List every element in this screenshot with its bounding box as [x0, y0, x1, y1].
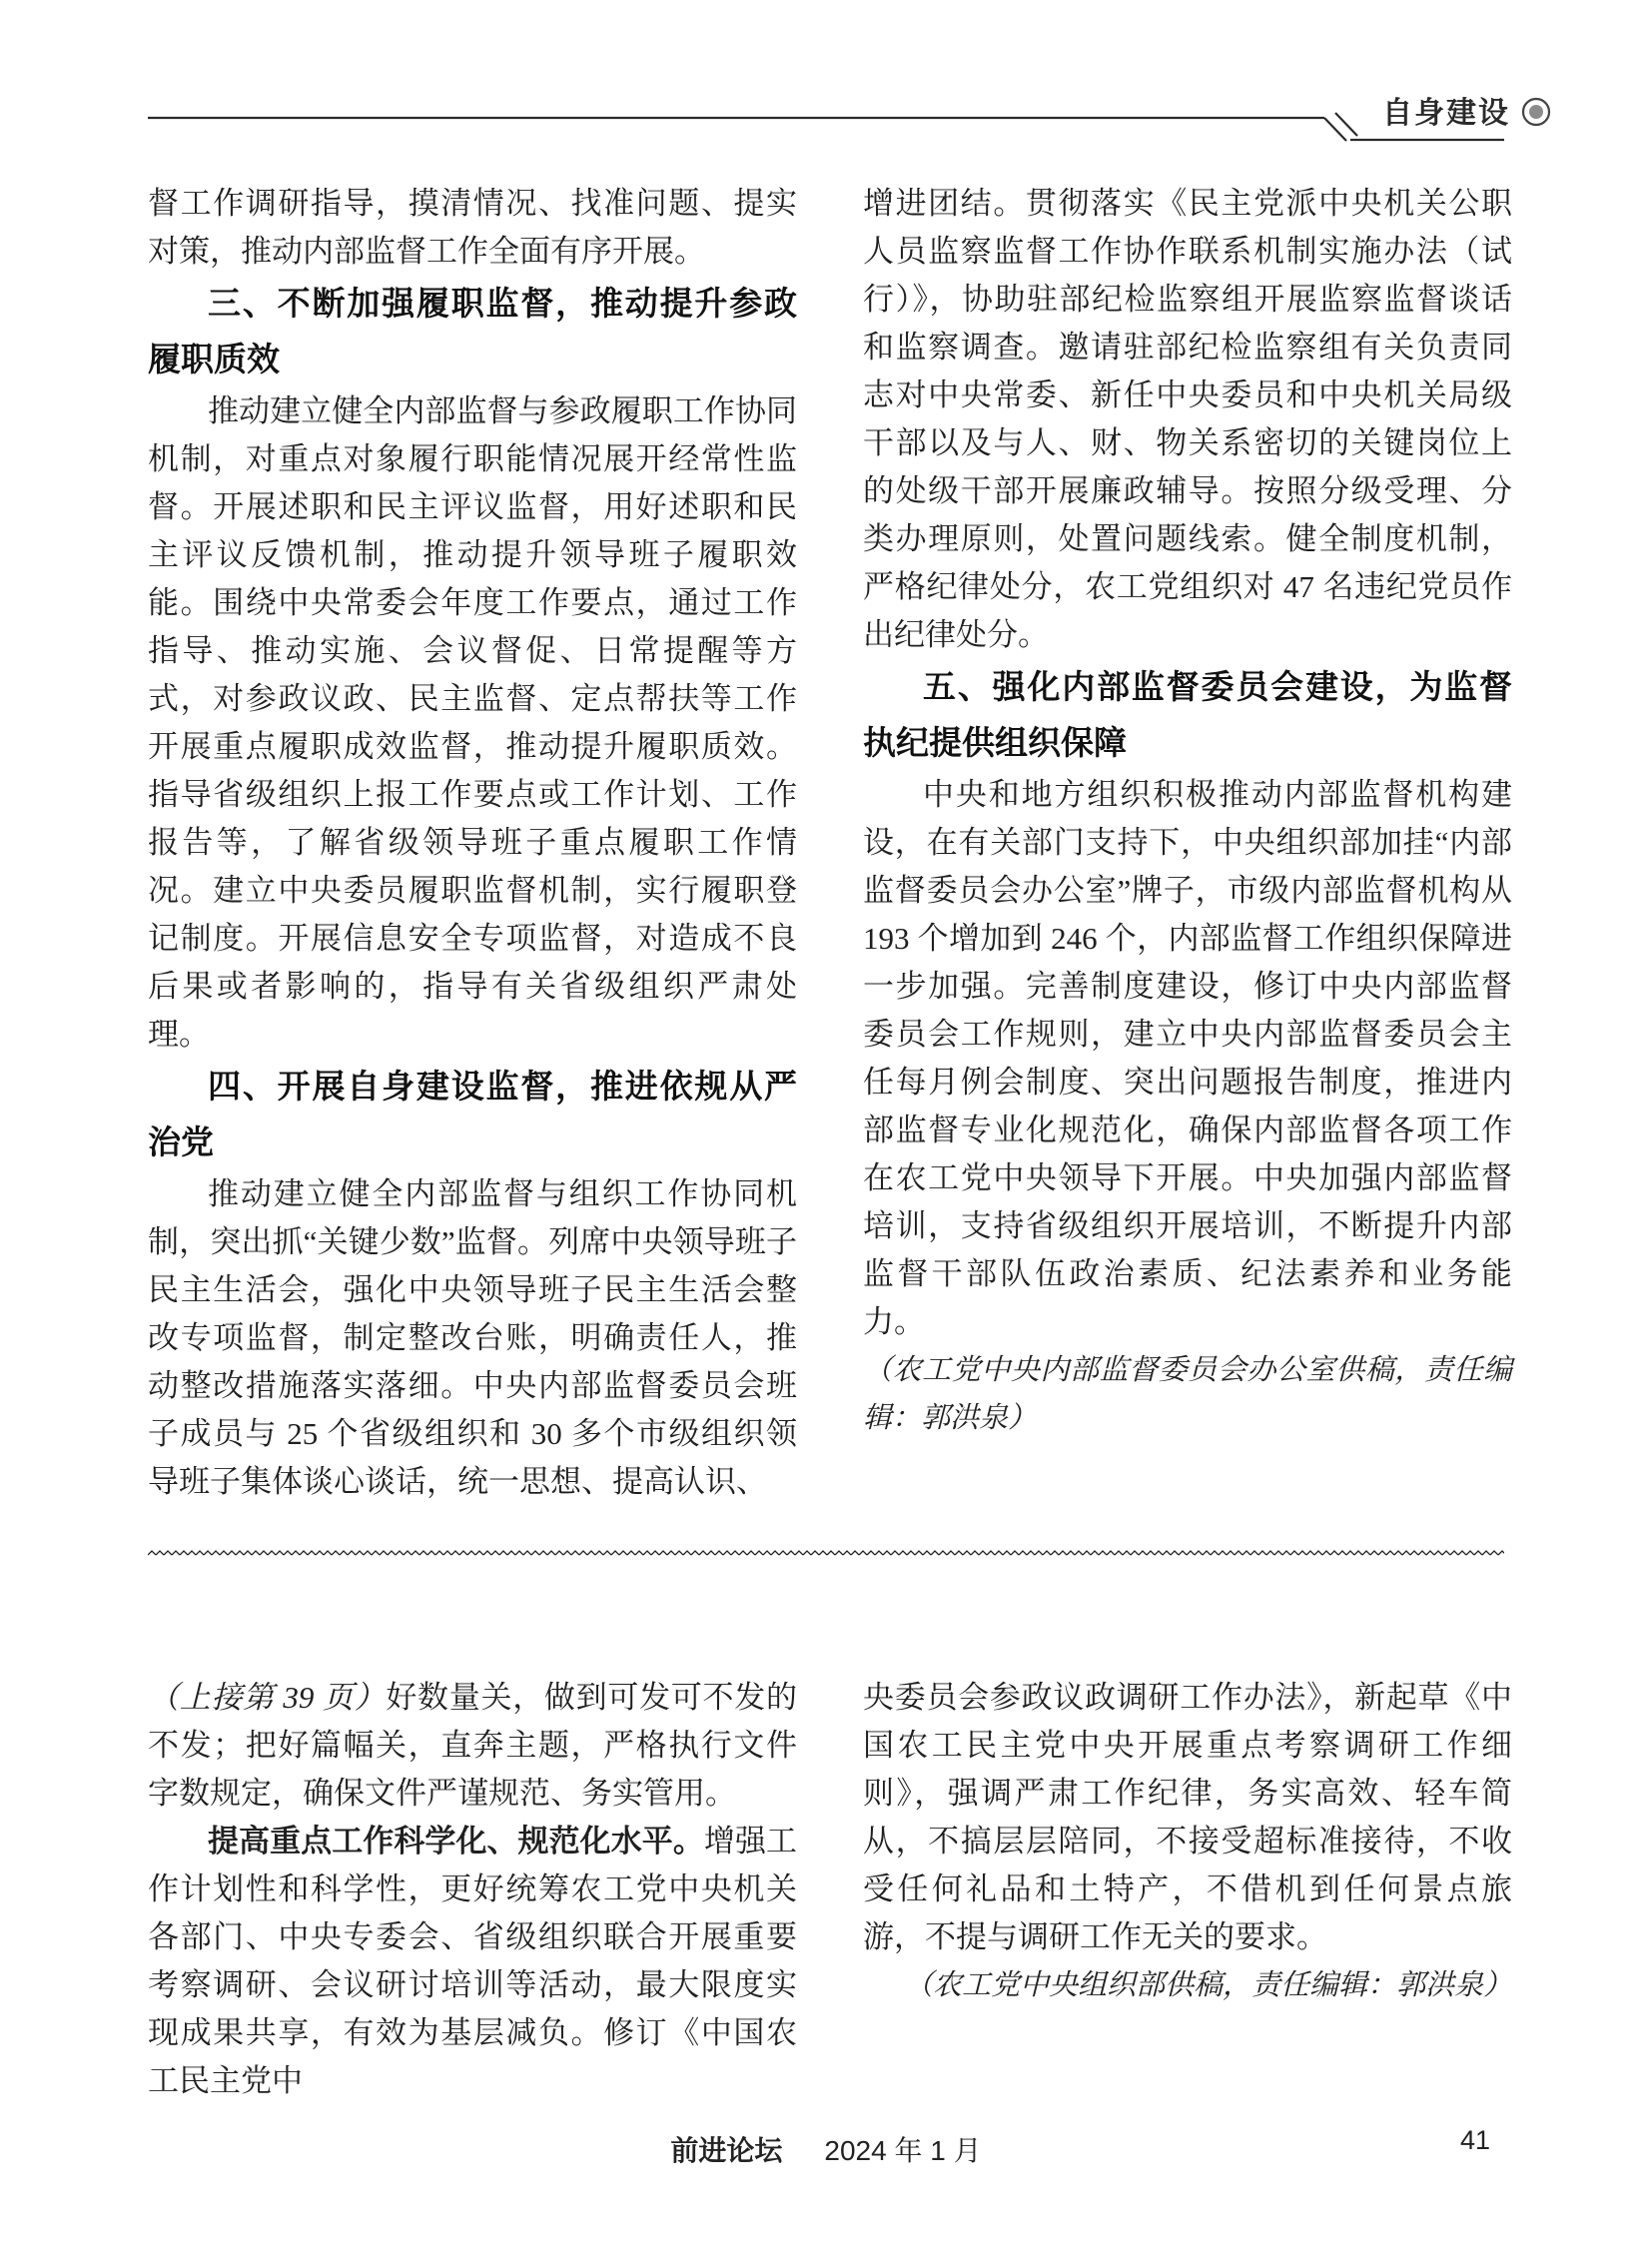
article-attribution: （农工党中央内部监督委员会办公室供稿，责任编辑：郭洪泉）: [863, 1346, 1512, 1442]
magazine-page: 自身建设 督工作调研指导，摸清情况、找准问题、提实对策，推动内部监督工作全面有序…: [0, 0, 1652, 2242]
page-number: 41: [1460, 2125, 1490, 2156]
section-label: 自身建设: [1382, 88, 1510, 132]
jump-note: （上接第 39 页）: [148, 1680, 386, 1715]
journal-name: 前进论坛: [670, 2135, 782, 2166]
header-rule: [0, 0, 1652, 170]
paragraph-continuation: 督工作调研指导，摸清情况、找准问题、提实对策，推动内部监督工作全面有序开展。: [148, 180, 797, 276]
section-heading-4: 四、开展自身建设监督，推进依规从严治党: [148, 1059, 797, 1170]
issue-date: 2024 年 1 月: [824, 2135, 981, 2166]
bold-lead: 提高重点工作科学化、规范化水平。: [208, 1824, 704, 1859]
section-heading-3: 三、不断加强履职监督，推动提升参政履职质效: [148, 276, 797, 387]
paragraph-text: 增强工作计划性和科学性，更好统筹农工党中央机关各部门、中央专委会、省级组织联合开…: [148, 1824, 797, 2098]
main-article-right-column: 增进团结。贯彻落实《民主党派中央机关公职人员监察监督工作协作联系机制实施办法（试…: [863, 180, 1512, 1442]
page-footer: 前进论坛2024 年 1 月: [0, 2129, 1652, 2169]
paragraph-continuation: 增进团结。贯彻落实《民主党派中央机关公职人员监察监督工作协作联系机制实施办法（试…: [863, 180, 1512, 659]
paragraph-with-bold-lead: 提高重点工作科学化、规范化水平。增强工作计划性和科学性，更好统筹农工党中央机关各…: [148, 1818, 797, 2105]
continued-article-left-column: （上接第 39 页）好数量关，做到可发可不发的不发；把好篇幅关，直奔主题，严格执…: [148, 1674, 797, 2105]
section-heading-5: 五、强化内部监督委员会建设，为监督执纪提供组织保障: [863, 659, 1512, 771]
ring-dot-icon: [1523, 99, 1549, 125]
paragraph-continuation: 央委员会参政议政调研工作办法》，新起草《中国农工民主党中央开展重点考察调研工作细…: [863, 1674, 1512, 1961]
main-article-left-column: 督工作调研指导，摸清情况、找准问题、提实对策，推动内部监督工作全面有序开展。 三…: [148, 180, 797, 1506]
article-divider: [148, 1544, 1504, 1552]
paragraph-section-5: 中央和地方组织积极推动内部监督机构建设，在有关部门支持下，中央组织部加挂“内部监…: [863, 771, 1512, 1346]
paragraph-section-3: 推动建立健全内部监督与参政履职工作协同机制，对重点对象履行职能情况展开经常性监督…: [148, 387, 797, 1059]
paragraph-section-4: 推动建立健全内部监督与组织工作协同机制，突出抓“关键少数”监督。列席中央领导班子…: [148, 1170, 797, 1506]
paragraph-with-jump-note: （上接第 39 页）好数量关，做到可发可不发的不发；把好篇幅关，直奔主题，严格执…: [148, 1674, 797, 1818]
article-attribution: （农工党中央组织部供稿，责任编辑：郭洪泉）: [863, 1961, 1512, 2009]
continued-article-right-column: 央委员会参政议政调研工作办法》，新起草《中国农工民主党中央开展重点考察调研工作细…: [863, 1674, 1512, 2009]
